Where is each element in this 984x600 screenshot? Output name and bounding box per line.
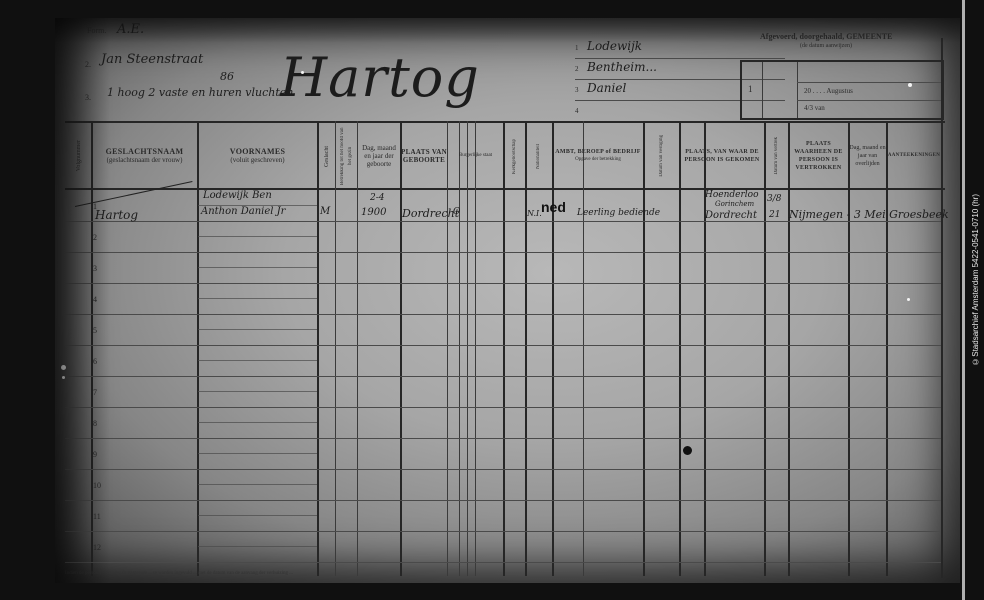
col-divider [848, 121, 850, 576]
col-header-sub: (geslachtsnaam der vrouw) [107, 156, 183, 164]
row-rule [65, 314, 941, 315]
row-number: 2 [93, 233, 97, 242]
col-header-label: Datum van vertrek [773, 137, 781, 175]
col-divider [764, 121, 766, 576]
line-number: 3 [575, 86, 579, 94]
line-number: 4 [575, 107, 579, 115]
col-header-label: VOORNAMES [230, 148, 285, 156]
col-divider [886, 121, 888, 576]
right-box-divider [797, 62, 798, 118]
cell-religion: N.I. [527, 209, 542, 218]
head-name-line-1: 1 Lodewijk [575, 38, 785, 59]
row-number: 10 [93, 481, 101, 490]
given-name-subrule [198, 360, 317, 361]
dust-speck [301, 71, 304, 74]
col-header-sub: Opgave der betrekking [575, 156, 621, 164]
cell-from-place-2: Gorinchem [715, 200, 754, 208]
col-divider [91, 121, 93, 576]
col-header-label: PLAATS, VAN WAAR DE PERSOON IS GEKOMEN [680, 148, 764, 164]
col-header-geboortedatum: Dag, maand en jaar der geboorte [358, 125, 400, 187]
row-number: 4 [93, 295, 97, 304]
col-divider [447, 121, 448, 576]
house-number: 86 [220, 70, 234, 83]
col-header-label: Dag, maand en jaar der geboorte [358, 144, 400, 168]
given-name-subrule [198, 391, 317, 392]
given-name-subrule [198, 484, 317, 485]
col-header-label: Datum van vestiging [658, 135, 666, 177]
col-header-bestemming: PLAATS WAARHEEN DE PERSOON IS VERTROKKEN [789, 125, 848, 187]
col-divider [317, 121, 319, 576]
row-number: 9 [93, 450, 97, 459]
row-rule [65, 500, 941, 501]
col-header-nationaliteit: Nationaliteit [526, 125, 552, 187]
right-box-line-b: 4/3 van [804, 104, 825, 112]
registration-card: Form. A.E. 2. Jan Steenstraat 86 3. 1 ho… [55, 18, 960, 583]
row-number: 12 [93, 543, 101, 552]
form-code: A.E. [117, 22, 144, 37]
col-header-label: AANTEEKENINGEN [888, 152, 940, 160]
col-header-label: Volgnummer [75, 140, 83, 171]
row-rule [65, 283, 941, 284]
col-divider [643, 121, 645, 576]
col-header-label: AMBT, BEROEP of BEDRIJF [555, 148, 640, 156]
col-divider [583, 121, 584, 576]
row-number: 7 [93, 388, 97, 397]
row-rule [65, 345, 941, 346]
footer-note: Indien de persoon ... binnen de gemeente… [65, 571, 293, 576]
col-header-geboorteplaats: PLAATS VAN GEBOORTE [401, 125, 447, 187]
row-rule [65, 221, 941, 222]
right-box-rule [797, 100, 942, 101]
given-name-subrule [198, 453, 317, 454]
line-label-2: 3. [85, 93, 91, 102]
col-header-vertrek-datum: Datum van vertrek [765, 125, 788, 187]
cell-from-place-3: Dordrecht [705, 210, 757, 221]
given-name-subrule [198, 267, 317, 268]
cell-marital: O [453, 207, 460, 217]
col-header-herkomst: PLAATS, VAN WAAR DE PERSOON IS GEKOMEN [680, 125, 764, 187]
line-number: 1 [575, 44, 579, 52]
row-rule [65, 562, 941, 563]
row-rule [65, 531, 941, 532]
cell-birth-date: 2-4 [370, 193, 385, 203]
cell-departure-year: 21 [769, 210, 780, 220]
row-rule [65, 469, 941, 470]
col-header-volgnummer: Volgnummer [67, 125, 91, 187]
given-name-subrule [198, 546, 317, 547]
move-line: 1 hoog 2 vaste en huren vluchten [107, 86, 293, 99]
col-header-label: PLAATS VAN GEBOORTE [401, 148, 447, 164]
col-header-label: Nationaliteit [535, 144, 543, 169]
col-divider [503, 121, 505, 576]
row-number: 5 [93, 326, 97, 335]
col-header-sub: (voluit geschreven) [230, 156, 284, 164]
line-label-1: 2. [85, 60, 91, 69]
col-divider [525, 121, 527, 576]
row-number: 6 [93, 357, 97, 366]
right-box-line-a: 20 . . . . Augustus [804, 87, 853, 95]
col-header-label: Betrekking tot het hoofd van het gezin [339, 125, 355, 187]
col-header-label: Dag, maand en jaar van overlijden [849, 144, 886, 168]
col-divider [941, 38, 943, 578]
given-name-subrule [198, 422, 317, 423]
given-name-subrule [198, 236, 317, 237]
col-header-overlijden: Dag, maand en jaar van overlijden [849, 125, 886, 187]
given-name-subrule [198, 298, 317, 299]
col-divider [459, 121, 460, 576]
col-header-beroep: AMBT, BEROEP of BEDRIJF Opgave der betre… [553, 125, 643, 187]
row-number: 3 [93, 264, 97, 273]
family-name: Hartog [280, 46, 480, 109]
cell-destination: Nijmegen - 3 Mei Groesbeek [789, 208, 949, 221]
dust-speck [62, 376, 65, 379]
dust-speck [61, 365, 66, 370]
line-text: Lodewijk [587, 39, 642, 53]
line-text: Daniel [587, 81, 626, 95]
col-header-geslacht: Geslacht [318, 125, 335, 187]
row-number: 8 [93, 419, 97, 428]
col-header-geslachtsnaam: GESLACHTSNAAM (geslachtsnaam der vrouw) [92, 125, 197, 187]
col-header-label: Geslacht [323, 146, 331, 167]
right-box-title: Afgevoerd, doorgehaald, GEMEENTE [760, 32, 892, 41]
scan-edge [962, 0, 965, 600]
cell-departure-date: 3/8 [767, 194, 781, 204]
right-box: 1 20 . . . . Augustus 4/3 van [740, 60, 944, 120]
copyright-text: ©Stadsarchief Amsterdam 5422-0541-0710 (… [971, 194, 980, 366]
cell-given-names-2: Anthon Daniel Jr [201, 206, 285, 217]
cell-surname: Hartog [95, 208, 138, 222]
line-number: 2 [575, 65, 579, 73]
form-label: Form. [87, 26, 106, 35]
right-box-subtitle: (de datum aanwijzen) [800, 43, 852, 49]
right-box-row-label: 1 [748, 84, 753, 94]
col-divider [400, 121, 402, 576]
cell-from-place-1: Hoenderloo [705, 190, 759, 200]
col-header-label: Kerkgenootschap [511, 139, 519, 174]
col-divider [467, 121, 468, 576]
col-header-label: Burgerlijke staat [459, 152, 492, 160]
right-box-rule [797, 82, 942, 83]
row-rule [65, 438, 941, 439]
row-rule [65, 376, 941, 377]
col-divider [197, 121, 199, 576]
ink-blot [683, 446, 692, 455]
cell-given-names-1: Lodewijk Ben [203, 190, 272, 201]
dust-speck [907, 298, 910, 301]
row-rule [65, 252, 941, 253]
col-header-vestiging: Datum van vestiging [644, 125, 679, 187]
row-rule [65, 407, 941, 408]
line-text: Bentheim... [587, 60, 657, 74]
nationality-stamp: ned [541, 199, 566, 215]
col-divider [357, 121, 358, 576]
col-header-label: GESLACHTSNAAM [106, 148, 184, 156]
given-name-subrule [198, 329, 317, 330]
copyright-notice: ©Stadsarchief Amsterdam 5422-0541-0710 (… [968, 150, 982, 410]
col-divider [552, 121, 554, 576]
street-line: Jan Steenstraat [101, 52, 203, 67]
col-divider [788, 121, 790, 576]
cell-birth-year: 1900 [361, 207, 386, 218]
col-header-voornames: VOORNAMES (voluit geschreven) [198, 125, 317, 187]
col-header-aanteekeningen: AANTEEKENINGEN [887, 125, 941, 187]
cell-sex: M [320, 206, 330, 217]
col-divider [679, 121, 681, 576]
cell-birth-place: Dordrecht [402, 207, 459, 220]
col-header-kerkgenootschap: Kerkgenootschap [504, 125, 525, 187]
given-name-subrule [198, 515, 317, 516]
col-divider [475, 121, 476, 576]
col-header-betrekking: Betrekking tot het hoofd van het gezin [336, 125, 357, 187]
col-header-label: PLAATS WAARHEEN DE PERSOON IS VERTROKKEN [789, 140, 848, 172]
right-box-divider [762, 62, 763, 118]
row-number: 11 [93, 512, 101, 521]
col-divider [335, 121, 336, 576]
cell-occupation: Leerling bediende [577, 208, 660, 218]
col-header-burgerlijke-staat: Burgerlijke staat [448, 125, 503, 187]
dust-speck [908, 83, 912, 87]
